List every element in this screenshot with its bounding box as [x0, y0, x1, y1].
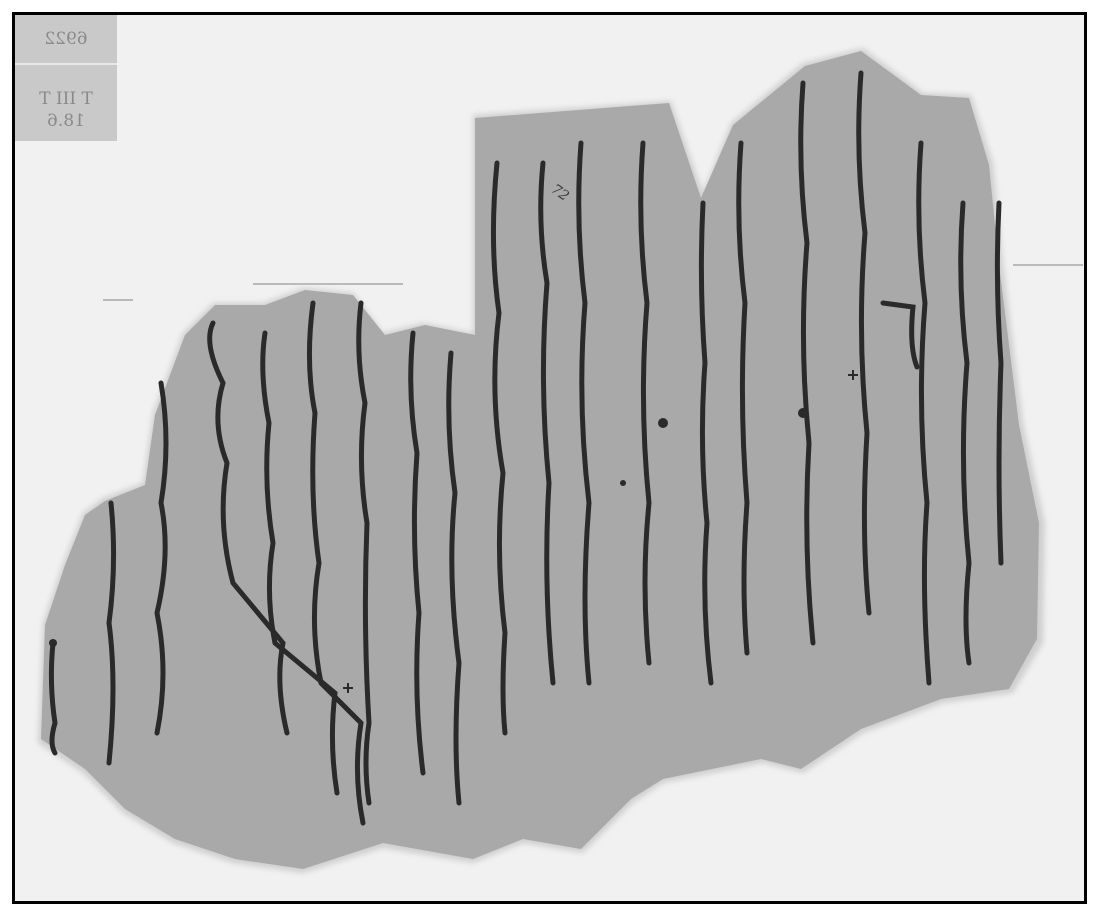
siglum-line: T III T — [15, 88, 117, 110]
siglum-sub: 18.6 — [15, 110, 117, 132]
catalog-label: 6922 T III T 18.6 — [15, 15, 117, 141]
catalog-number: 6922 — [15, 15, 117, 65]
photo-frame: 72 6922 T III T 18.6 — [12, 12, 1087, 904]
catalog-siglum: T III T 18.6 — [15, 65, 117, 141]
manuscript-fragment — [15, 15, 1084, 901]
